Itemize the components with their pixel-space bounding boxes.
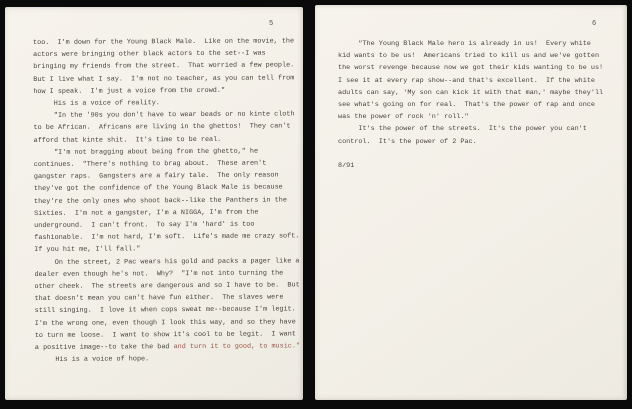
- page-5-text-red-ink: and turn it to good, to music.": [174, 342, 300, 351]
- page-5: 5 too. I'm down for the Young Black Male…: [5, 7, 303, 400]
- page-5-body: too. I'm down for the Young Black Male. …: [33, 35, 303, 366]
- page-6: 6 "The Young Black Male hero is already …: [315, 5, 627, 400]
- page-5-text-black-1: too. I'm down for the Young Black Male. …: [33, 37, 300, 352]
- page-5-number: 5: [269, 20, 273, 28]
- page-6-body: "The Young Black Male hero is already in…: [338, 38, 618, 172]
- page-6-number: 6: [592, 20, 596, 28]
- scan-backdrop: 5 too. I'm down for the Young Black Male…: [0, 0, 632, 409]
